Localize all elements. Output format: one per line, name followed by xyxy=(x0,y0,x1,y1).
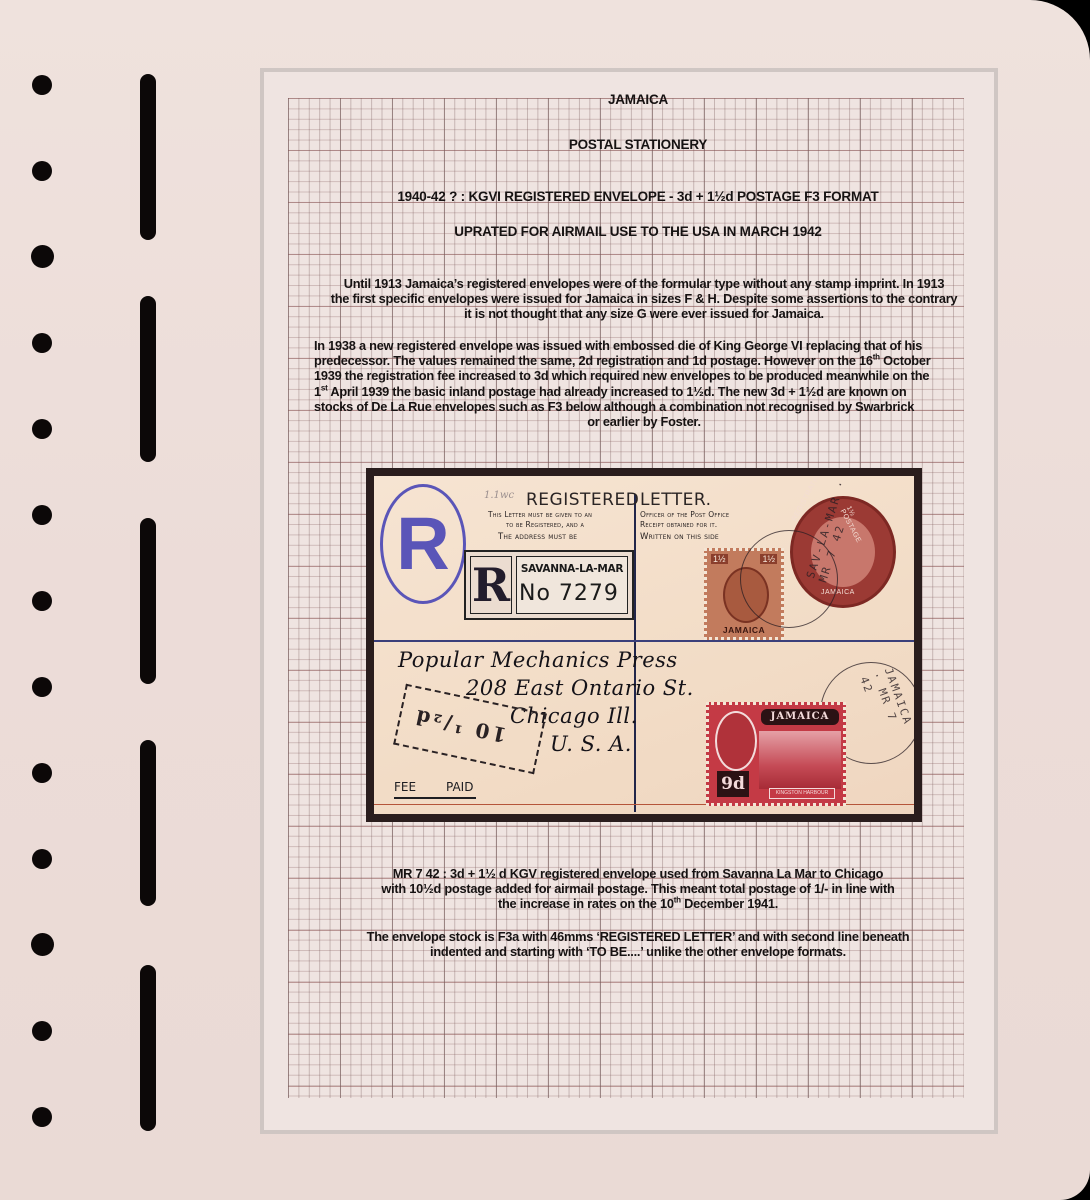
registered-word: REGISTERED xyxy=(526,490,639,510)
page-subtitle: UPRATED FOR AIRMAIL USE TO THE USA IN MA… xyxy=(288,224,988,239)
binder-slot xyxy=(140,74,156,240)
text-line: 1939 the registration fee increased to 3… xyxy=(314,368,974,383)
address-line: Popular Mechanics Press xyxy=(398,648,678,672)
embossed-left-text: REGISTRATION xyxy=(791,476,824,522)
text-line: In 1938 a new registered envelope was is… xyxy=(314,338,974,353)
text-line: it is not thought that any size G were e… xyxy=(314,306,974,321)
binder-slot xyxy=(140,518,156,684)
binder-slot xyxy=(140,740,156,906)
binder-hole xyxy=(32,849,52,869)
binder-hole xyxy=(32,1021,52,1041)
text-line: predecessor. The values remained the sam… xyxy=(314,353,974,368)
page-title: 1940-42 ? : KGVI REGISTERED ENVELOPE - 3… xyxy=(288,189,988,204)
paid-label: PAID xyxy=(446,780,473,794)
album-page: JAMAICA POSTAL STATIONERY 1940-42 ? : KG… xyxy=(0,0,1090,1200)
stamp-country: JAMAICA xyxy=(761,709,839,725)
cachet-text: 10 ¹/₂d xyxy=(411,704,509,747)
text-line: MR 7 42 : 3d + 1½ d KGV registered envel… xyxy=(308,866,968,881)
text-line: the first specific envelopes were issued… xyxy=(314,291,974,306)
stamp-value: 9d xyxy=(717,771,749,797)
post-office-name: SAVANNA-LA-MAR xyxy=(517,563,627,575)
harbour-scene xyxy=(759,731,841,789)
text-line: the increase in rates on the 10th Decemb… xyxy=(308,896,968,911)
binder-hole xyxy=(32,419,52,439)
text-line: The envelope stock is F3a with 46mms ‘RE… xyxy=(308,929,968,944)
instruction-line: Receipt obtained for it. xyxy=(640,520,717,530)
pencil-note: 1.1wc xyxy=(484,490,514,501)
binder-slot xyxy=(140,965,156,1131)
registration-number: No 7279 xyxy=(519,581,619,606)
text-line: with 10½d postage added for airmail post… xyxy=(308,881,968,896)
letter-word: LETTER. xyxy=(640,490,712,510)
instruction-line: The address must be xyxy=(498,532,577,542)
binder-hole xyxy=(32,677,52,697)
binder-hole xyxy=(32,1107,52,1127)
text-line: indented and starting with ‘TO BE....’ u… xyxy=(308,944,968,959)
instruction-line: This Letter must be given to an xyxy=(488,510,592,520)
instruction-line: Written on this side xyxy=(640,532,719,542)
registration-r-icon: R xyxy=(470,556,512,614)
text-line: 1st April 1939 the basic inland postage … xyxy=(314,384,974,399)
binder-hole xyxy=(32,763,52,783)
envelope-divider-horizontal xyxy=(374,640,914,642)
stamp-country: JAMAICA xyxy=(707,625,781,635)
caption-paragraph-1: MR 7 42 : 3d + 1½ d KGV registered envel… xyxy=(308,866,968,912)
registration-label: R SAVANNA-LA-MAR No 7279 xyxy=(464,550,634,620)
binder-hole xyxy=(32,505,52,525)
intro-paragraph-1: Until 1913 Jamaica’s registered envelope… xyxy=(314,276,974,322)
binder-hole xyxy=(32,75,52,95)
instruction-line: to be Registered, and a xyxy=(506,520,584,530)
binder-hole xyxy=(32,591,52,611)
address-line: U. S. A. xyxy=(550,732,632,756)
page-heading: JAMAICA xyxy=(288,92,988,107)
stamp-9d-kingston-harbour: JAMAICA 9d KINGSTON HARBOUR xyxy=(706,702,846,806)
binder-hole xyxy=(32,161,52,181)
address-line: 208 East Ontario St. xyxy=(466,676,694,700)
instruction-line: Officer of the Post Office xyxy=(640,510,729,520)
binder-hole xyxy=(31,245,54,268)
registered-r-icon: R xyxy=(380,484,466,604)
text-line: or earlier by Foster. xyxy=(314,414,974,429)
king-head-icon xyxy=(715,711,757,771)
binder-hole xyxy=(31,933,54,956)
text-line: stocks of De La Rue envelopes such as F3… xyxy=(314,399,974,414)
text-line: Until 1913 Jamaica’s registered envelope… xyxy=(314,276,974,291)
binder-slot xyxy=(140,296,156,462)
binder-hole xyxy=(32,333,52,353)
stamp-caption: KINGSTON HARBOUR xyxy=(769,788,835,799)
page-subheading: POSTAL STATIONERY xyxy=(288,137,988,152)
registered-envelope: R 1.1wc REGISTERED LETTER. This Letter m… xyxy=(374,476,914,814)
fee-paid-underline xyxy=(394,797,476,799)
stamp-value: 1½ xyxy=(711,554,728,564)
caption-paragraph-2: The envelope stock is F3a with 46mms ‘RE… xyxy=(308,929,968,959)
registration-box: SAVANNA-LA-MAR No 7279 xyxy=(516,556,628,614)
intro-paragraph-2: In 1938 a new registered envelope was is… xyxy=(314,338,974,429)
fee-label: FEE xyxy=(394,780,416,794)
